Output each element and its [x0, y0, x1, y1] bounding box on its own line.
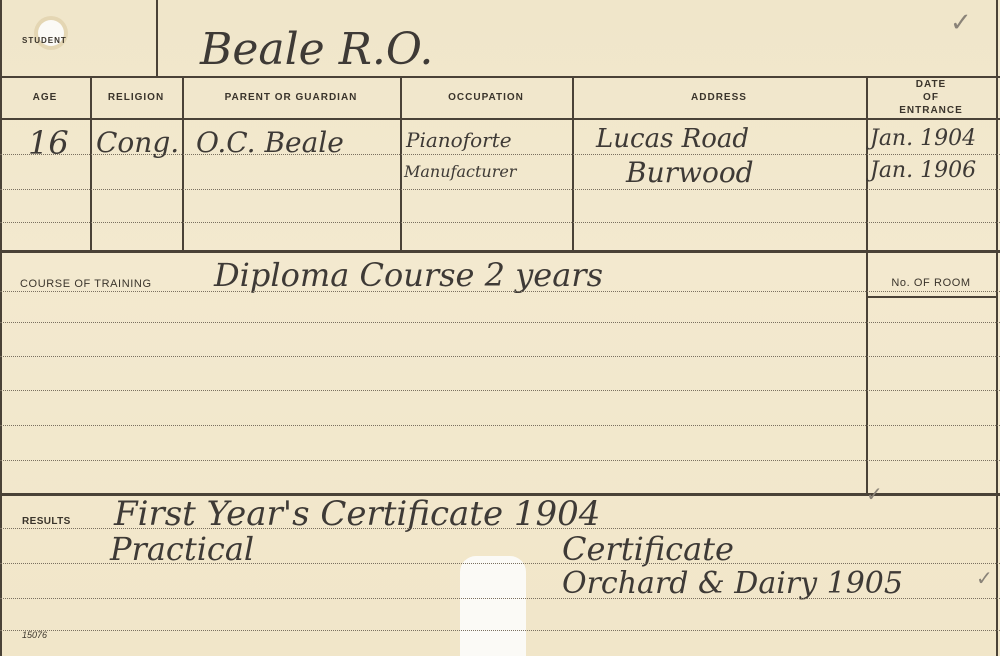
- results-label: RESULTS: [22, 516, 71, 527]
- course-top-line: [0, 250, 1000, 253]
- results-line3: Orchard & Dairy 1905: [562, 566, 903, 601]
- date-header-line3: ENTRANCE: [866, 104, 996, 117]
- dotted-line: [0, 291, 1000, 292]
- dotted-line: [0, 528, 1000, 529]
- date-header-line1: DATE: [866, 78, 996, 91]
- dotted-line: [0, 460, 1000, 461]
- card-notch-stem: [474, 620, 512, 656]
- col-divider-2: [182, 76, 184, 250]
- date-value-line2: Jan. 1906: [870, 158, 976, 183]
- parent-value: O.C. Beale: [196, 126, 344, 159]
- dotted-line: [0, 425, 1000, 426]
- course-label: COURSE OF TRAINING: [20, 278, 152, 290]
- header-bottom-line: [0, 118, 1000, 120]
- dotted-line: [0, 390, 1000, 391]
- dotted-line: [0, 563, 1000, 564]
- address-header: ADDRESS: [572, 92, 866, 103]
- form-number: 15076: [22, 630, 47, 640]
- col-divider-1: [90, 76, 92, 250]
- date-header-line2: OF: [866, 91, 996, 104]
- col-divider-3: [400, 76, 402, 250]
- dotted-line: [0, 189, 1000, 190]
- age-header: AGE: [0, 92, 90, 103]
- student-name: Beale R.O.: [200, 24, 433, 75]
- student-divider: [156, 0, 158, 76]
- religion-value: Cong.: [96, 126, 179, 159]
- dotted-line: [0, 598, 1000, 599]
- dotted-line: [0, 322, 1000, 323]
- address-value-line2: Burwood: [626, 156, 754, 189]
- right-border: [996, 0, 998, 656]
- religion-header: RELIGION: [90, 92, 182, 103]
- occupation-value-line2: Manufacturer: [404, 162, 516, 181]
- room-underline: [866, 296, 996, 298]
- parent-header: PARENT OR GUARDIAN: [182, 92, 400, 103]
- address-value-line1: Lucas Road: [596, 124, 749, 154]
- date-header: DATE OF ENTRANCE: [866, 78, 996, 117]
- dotted-line: [0, 356, 1000, 357]
- dotted-line: [0, 630, 1000, 631]
- header-top-line: [0, 76, 1000, 78]
- course-value: Diploma Course 2 years: [214, 256, 603, 294]
- check-mark-icon: ✓: [976, 566, 993, 590]
- check-mark-icon: ✓: [866, 482, 883, 506]
- occupation-value-line1: Pianoforte: [406, 128, 512, 152]
- check-mark-icon: ✓: [950, 8, 972, 38]
- student-record-card: STUDENT Beale R.O. ✓ AGE RELIGION PARENT…: [0, 0, 1000, 656]
- col-divider-4: [572, 76, 574, 250]
- student-label: STUDENT: [22, 36, 67, 45]
- dotted-line: [0, 222, 1000, 223]
- date-value-line1: Jan. 1904: [870, 126, 976, 151]
- occupation-header: OCCUPATION: [400, 92, 572, 103]
- room-label: No. OF ROOM: [866, 277, 996, 289]
- age-value: 16: [28, 124, 69, 162]
- col-divider-5: [866, 76, 868, 250]
